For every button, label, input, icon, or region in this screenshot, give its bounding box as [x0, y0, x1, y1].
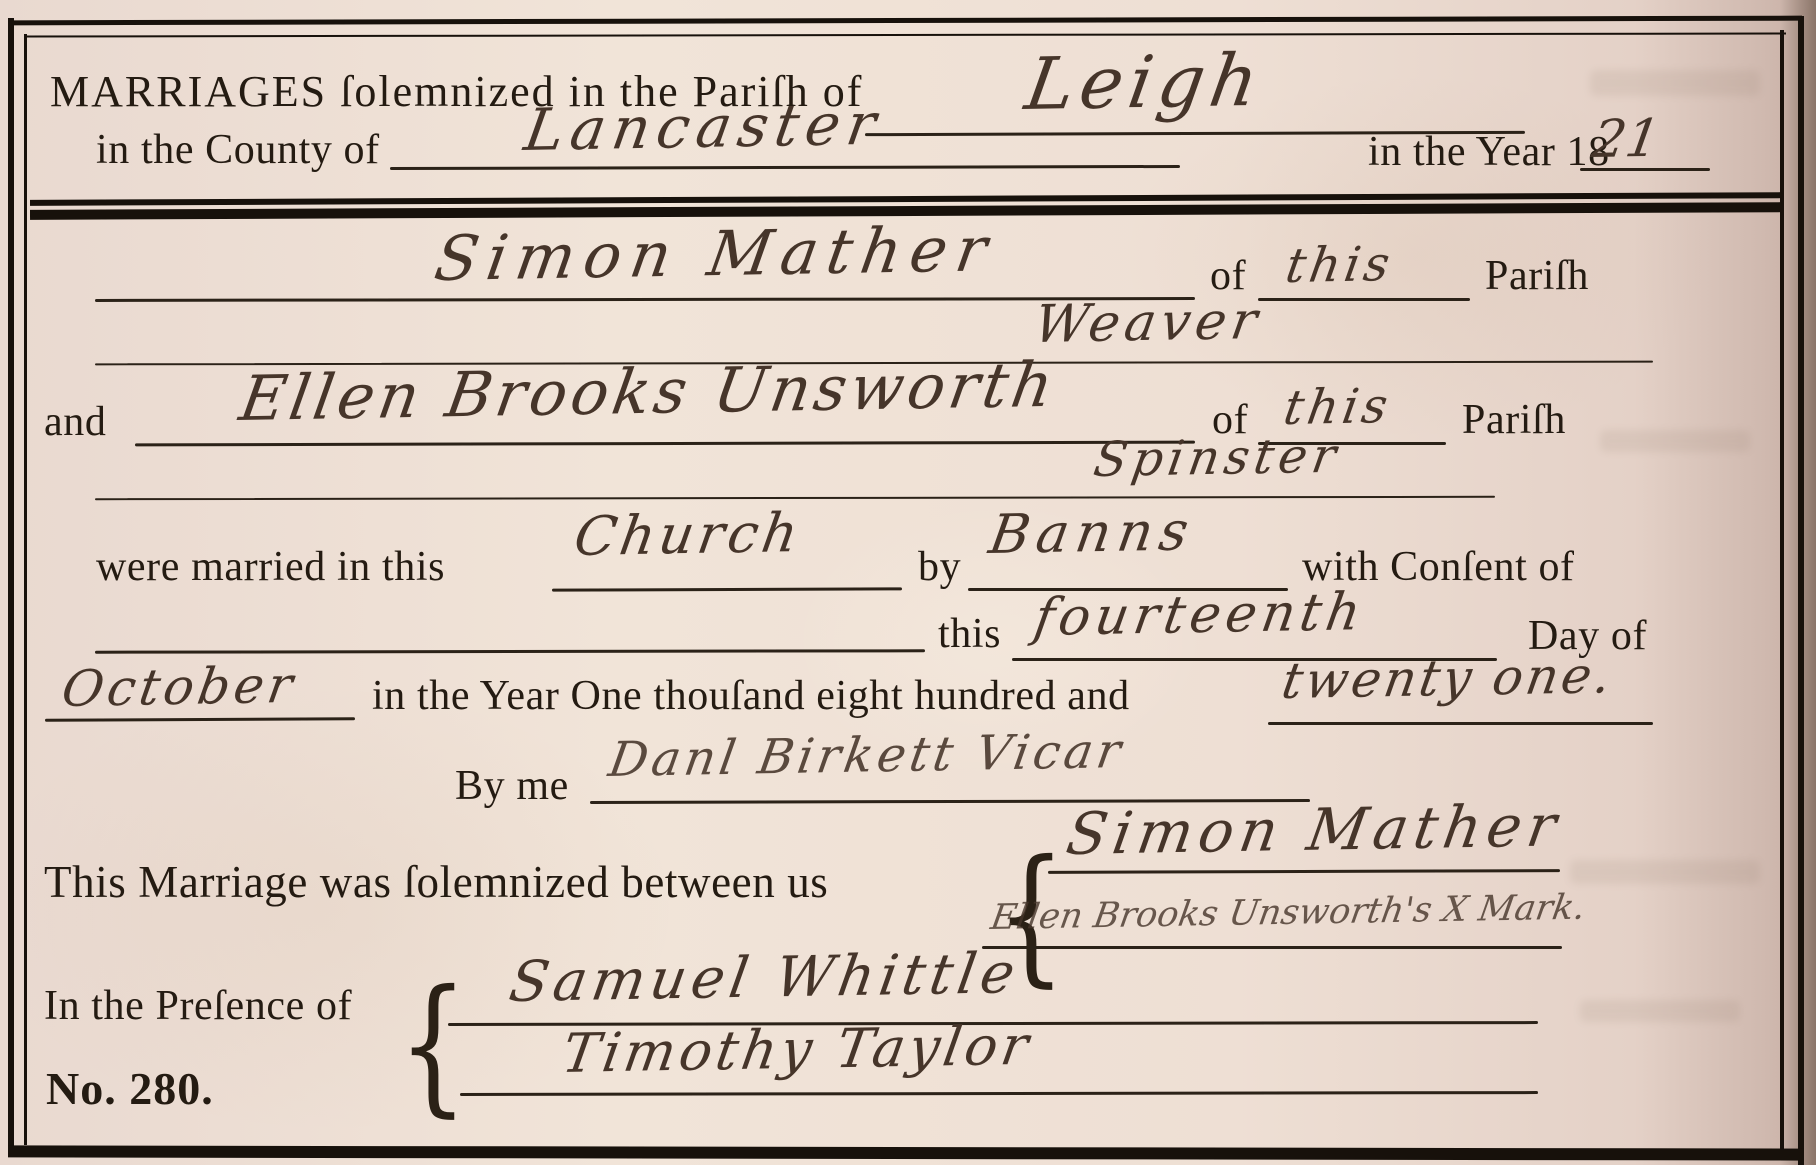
bride-mark-handwritten: Ellen Brooks Unsworth's X Mark.: [988, 888, 1588, 938]
county-line: [390, 165, 1180, 170]
border-bottom: [8, 1145, 1804, 1160]
groom-of-handwritten: this: [1282, 236, 1397, 294]
place-handwritten: Church: [570, 501, 806, 568]
year-handwritten: 21: [1588, 109, 1664, 170]
condition-line: [95, 496, 1495, 500]
border-left-inner: [24, 34, 27, 1145]
marriage-register-page: MARRIAGES ſolemnized in the Pariſh of Le…: [0, 0, 1816, 1165]
groom-name-handwritten: Simon Mather: [430, 212, 1001, 295]
officiant-signature-handwritten: Danl Birkett Vicar: [605, 723, 1129, 788]
border-top-outer: [8, 16, 1802, 26]
year-words-label: in the Year One thouſand eight hundred a…: [372, 672, 1130, 720]
groom-signature-line: [1048, 869, 1560, 874]
bride-condition-handwritten: Spinster: [1090, 428, 1345, 488]
header-year-label: in the Year 18: [1368, 128, 1610, 176]
bride-name-handwritten: Ellen Brooks Unsworth: [235, 348, 1062, 435]
bride-and-label: and: [44, 398, 106, 446]
by-label: by: [918, 543, 961, 591]
day-handwritten: fourteenth: [1030, 582, 1370, 648]
witness2-signature-handwritten: Timothy Taylor: [558, 1014, 1037, 1085]
this-label: this: [938, 610, 1001, 658]
bride-parish-label: Pariſh: [1462, 396, 1566, 444]
county-name-handwritten: Lancaster: [520, 90, 887, 164]
witness1-signature-handwritten: Samuel Whittle: [505, 941, 1024, 1015]
entry-number: No. 280.: [46, 1062, 214, 1115]
month-line: [45, 717, 355, 722]
groom-parish-label: Pariſh: [1485, 252, 1589, 300]
bleedthrough-mark: [1580, 1000, 1740, 1022]
place-line: [552, 587, 902, 591]
bleedthrough-mark: [1590, 70, 1760, 96]
bleedthrough-mark: [1600, 430, 1750, 452]
parish-name-handwritten: Leigh: [1020, 38, 1270, 126]
witness2-line: [460, 1091, 1538, 1096]
month-handwritten: October: [58, 656, 301, 718]
bride-name-line: [135, 441, 1195, 447]
year-words-handwritten: twenty one.: [1278, 646, 1618, 710]
year-words-line: [1268, 722, 1653, 725]
bride-mark-line: [982, 946, 1562, 949]
solemnized-label: This Marriage was ſolemnized between us: [44, 856, 828, 908]
witnesses-brace: {: [398, 958, 468, 1131]
presence-label: In the Preſence of: [44, 982, 352, 1030]
border-right-outer: [1798, 16, 1804, 1165]
groom-signature-handwritten: Simon Mather: [1062, 791, 1567, 868]
by-me-label: By me: [455, 762, 569, 810]
groom-name-line: [95, 297, 1195, 302]
married-in-label: were married in this: [96, 543, 445, 591]
border-top-inner: [24, 32, 1786, 37]
border-left-outer: [8, 18, 14, 1157]
method-handwritten: Banns: [985, 499, 1200, 566]
bleedthrough-mark: [1570, 860, 1760, 884]
header-county-label: in the County of: [96, 126, 380, 174]
groom-of-line: [1258, 298, 1470, 301]
blank-line: [95, 649, 925, 653]
groom-occupation-handwritten: Weaver: [1030, 291, 1266, 355]
